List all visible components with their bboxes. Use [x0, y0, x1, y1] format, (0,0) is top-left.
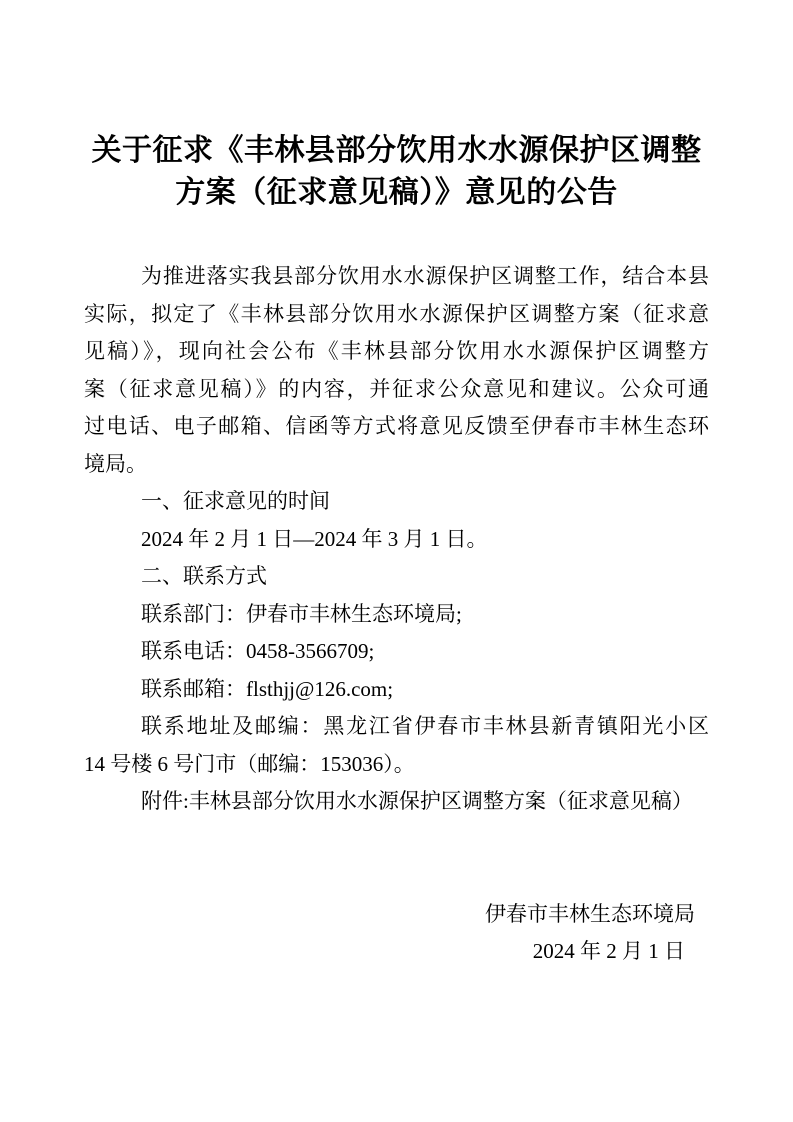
section1-heading: 一、征求意见的时间: [84, 483, 709, 521]
intro-line-2: 实际，拟定了《丰林县部分饮用水水源保护区调整方案（征求意: [84, 296, 709, 334]
notice-body: 为推进落实我县部分饮用水水源保护区调整工作，结合本县 实际，拟定了《丰林县部分饮…: [84, 258, 709, 971]
notice-title: 关于征求《丰林县部分饮用水水源保护区调整 方案（征求意见稿）》意见的公告: [84, 130, 709, 214]
section2-heading: 二、联系方式: [84, 558, 709, 596]
signature-block: 伊春市丰林生态环境局 2024 年 2 月 1 日: [84, 896, 709, 971]
contact-email: 联系邮箱：flsthjj@126.com;: [84, 671, 709, 709]
signature-date: 2024 年 2 月 1 日: [84, 933, 709, 971]
consultation-period: 2024 年 2 月 1 日—2024 年 3 月 1 日。: [84, 521, 709, 559]
intro-line-4: 案（征求意见稿）》的内容，并征求公众意见和建议。公众可通: [84, 371, 709, 409]
intro-line-1: 为推进落实我县部分饮用水水源保护区调整工作，结合本县: [84, 258, 709, 296]
contact-department: 联系部门：伊春市丰林生态环境局;: [84, 596, 709, 634]
attachment-line: 附件:丰林县部分饮用水水源保护区调整方案（征求意见稿）: [84, 783, 709, 821]
signature-organization: 伊春市丰林生态环境局: [84, 896, 709, 934]
contact-address-line-2: 14 号楼 6 号门市（邮编：153036）。: [84, 746, 709, 784]
notice-page: 关于征求《丰林县部分饮用水水源保护区调整 方案（征求意见稿）》意见的公告 为推进…: [0, 0, 793, 1122]
title-line-1: 关于征求《丰林县部分饮用水水源保护区调整: [84, 130, 709, 172]
intro-line-6: 境局。: [84, 446, 709, 484]
intro-line-3: 见稿）》，现向社会公布《丰林县部分饮用水水源保护区调整方: [84, 333, 709, 371]
contact-address-line-1: 联系地址及邮编：黑龙江省伊春市丰林县新青镇阳光小区: [84, 708, 709, 746]
intro-paragraph: 为推进落实我县部分饮用水水源保护区调整工作，结合本县 实际，拟定了《丰林县部分饮…: [84, 258, 709, 483]
intro-line-5: 过电话、电子邮箱、信函等方式将意见反馈至伊春市丰林生态环: [84, 408, 709, 446]
contact-phone: 联系电话：0458-3566709;: [84, 633, 709, 671]
title-line-2: 方案（征求意见稿）》意见的公告: [84, 172, 709, 214]
notice-content: 关于征求《丰林县部分饮用水水源保护区调整 方案（征求意见稿）》意见的公告 为推进…: [84, 0, 709, 971]
